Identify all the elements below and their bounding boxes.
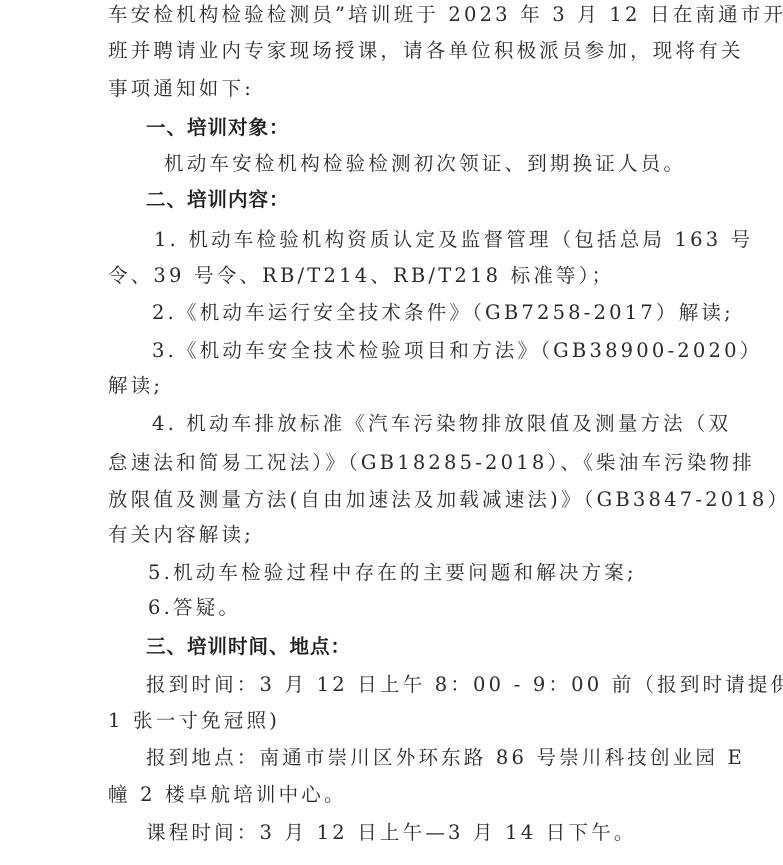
course-time-line: 课程时间：3 月 12 日上午—3 月 14 日下午。 — [146, 820, 637, 846]
report-place-line-2: 幢 2 楼卓航培训中心。 — [108, 782, 347, 808]
item-1-line-1: 1. 机动车检验机构资质认定及监督管理（包括总局 163 号 — [154, 227, 753, 253]
report-place-line-1: 报到地点：南通市崇川区外环东路 86 号崇川科技创业园 E — [146, 745, 745, 771]
section-1-body: 机动车安检机构检验检测初次领证、到期换证人员。 — [164, 151, 686, 177]
item-5-line-1: 5.机动车检验过程中存在的主要问题和解决方案; — [148, 560, 637, 586]
item-2-line-1: 2.《机动车运行安全技术条件》（GB7258-2017）解读; — [152, 300, 734, 326]
report-time-line-2: 1 张一寸免冠照) — [108, 708, 280, 734]
item-4-line-3: 放限值及测量方法(自由加速法及加载减速法)》（GB3847-2018） — [108, 487, 783, 513]
item-3-line-2: 解读; — [108, 373, 163, 399]
intro-line-3: 事项通知如下: — [108, 76, 254, 102]
item-4-line-1: 4. 机动车排放标准《汽车污染物排放限值及测量方法（双 — [152, 411, 731, 437]
item-4-line-2: 怠速法和简易工况法）》（GB18285-2018）、《柴油车污染物排 — [108, 450, 755, 476]
section-1-heading: 一、培训对象： — [146, 115, 290, 141]
item-4-line-4: 有关内容解读; — [108, 522, 254, 548]
intro-line-2: 班并聘请业内专家现场授课，请各单位积极派员参加，现将有关 — [108, 38, 744, 64]
intro-line-1: 车安检机构检验检测员”培训班于 2023 年 3 月 12 日在南通市开 — [108, 2, 783, 28]
report-time-line-1: 报到时间：3 月 12 日上午 8：00 - 9：00 前（报到时请提供 — [146, 672, 783, 698]
section-2-heading: 二、培训内容： — [146, 187, 290, 213]
item-6-line-1: 6.答疑。 — [148, 595, 241, 621]
section-3-heading: 三、培训时间、地点： — [146, 634, 351, 660]
item-3-line-1: 3.《机动车安全技术检验项目和方法》（GB38900-2020） — [152, 338, 762, 364]
item-1-line-2: 令、39 号令、RB/T214、RB/T218 标准等）； — [108, 263, 614, 289]
